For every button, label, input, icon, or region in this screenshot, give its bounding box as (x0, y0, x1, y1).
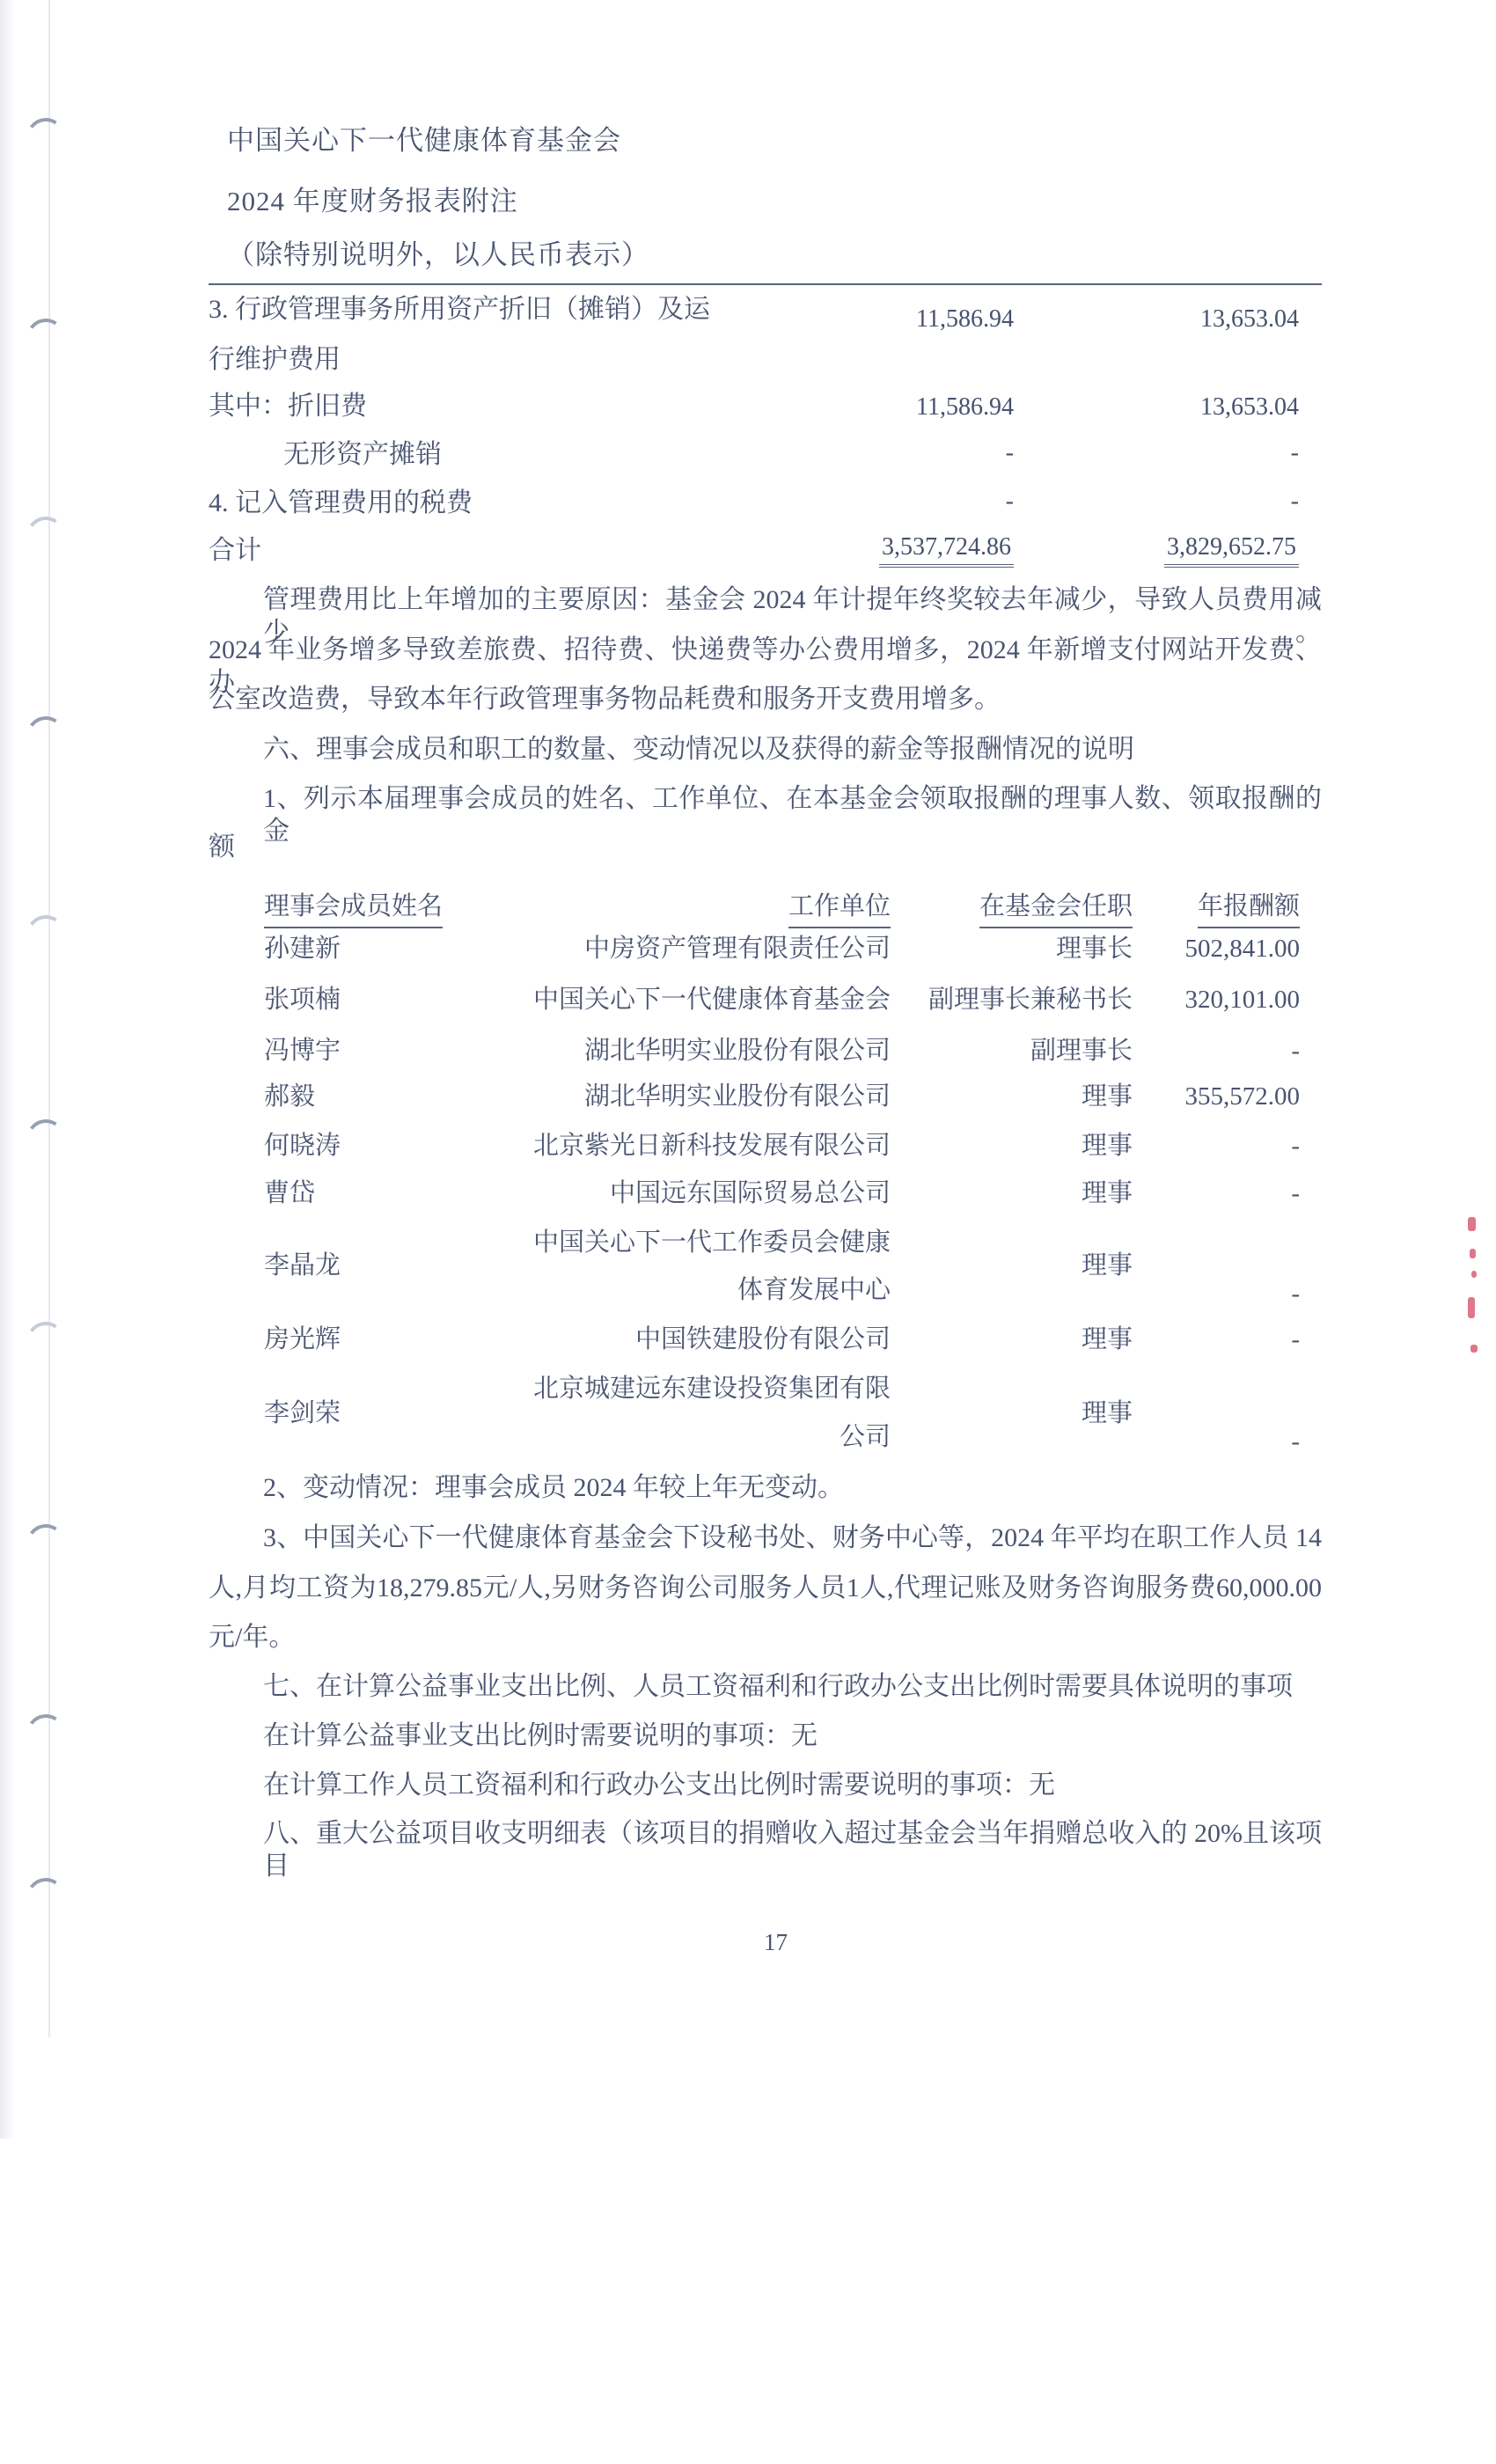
member-position: 副理事长 (891, 1035, 1133, 1067)
board-row: 孙建新 中房资产管理有限责任公司 理事长 502,841.00 (209, 933, 1300, 964)
member-name: 何晓涛 (209, 1130, 455, 1162)
org-name: 中国关心下一代健康体育基金会 (227, 125, 621, 157)
staff-note-line1: 3、中国关心下一代健康体育基金会下设秘书处、财务中心等，2024 年平均在职工作… (209, 1522, 1322, 1554)
member-position: 理事 (891, 1397, 1133, 1429)
reason-paragraph-line3: 公室改造费，导致本年行政管理事务物品耗费和服务开支费用增多。 (209, 683, 1322, 715)
member-unit-line2: 公司 (455, 1421, 891, 1453)
member-pay: 502,841.00 (1133, 933, 1300, 964)
punch-hole (24, 514, 69, 559)
expense-total-prior: 3,829,652.75 (1070, 532, 1299, 568)
section6-title: 六、理事会成员和职工的数量、变动情况以及获得的薪金等报酬情况的说明 (209, 733, 1322, 766)
currency-note: （除特别说明外，以人民币表示） (227, 239, 649, 271)
section8-title: 八、重大公益项目收支明细表（该项目的捐赠收入超过基金会当年捐赠总收入的 20%且… (209, 1817, 1322, 1882)
header-foundation-position: 在基金会任职 (891, 891, 1133, 928)
report-title: 2024 年度财务报表附注 (227, 186, 518, 217)
member-position: 理事 (891, 1250, 1133, 1281)
punch-hole (24, 1117, 69, 1162)
member-pay: - (1133, 1130, 1300, 1162)
red-edge-mark (1468, 1297, 1475, 1318)
expense-row2-label: 其中：折旧费 (209, 390, 367, 422)
member-unit: 中房资产管理有限责任公司 (455, 933, 891, 964)
expense-row2-current: 11,586.94 (785, 392, 1014, 422)
section7-title: 七、在计算公益事业支出比例、人员工资福利和行政办公支出比例时需要具体说明的事项 (209, 1670, 1322, 1703)
punch-hole (24, 714, 69, 759)
member-pay: 355,572.00 (1133, 1081, 1300, 1112)
divider-rule (209, 283, 1322, 285)
member-pay: - (1133, 1035, 1300, 1067)
change-note: 2、变动情况：理事会成员 2024 年较上年无变动。 (209, 1471, 1322, 1504)
expense-row1-label-line1: 3. 行政管理事务所用资产折旧（摊销）及运 (209, 293, 710, 326)
board-row: 房光辉 中国铁建股份有限公司 理事 - (209, 1324, 1300, 1355)
red-edge-mark (1471, 1271, 1477, 1278)
member-unit: 湖北华明实业股份有限公司 (455, 1035, 891, 1067)
member-unit: 中国关心下一代健康体育基金会 (455, 984, 891, 1016)
member-pay: - (1133, 1426, 1300, 1457)
section7-item2: 在计算工作人员工资福利和行政办公支出比例时需要说明的事项：无 (209, 1769, 1322, 1801)
expense-row4-label: 4. 记入管理费用的税费 (209, 487, 473, 519)
punch-hole (24, 115, 69, 160)
expense-row4-prior: - (1070, 487, 1299, 517)
board-row: 曹岱 中国远东国际贸易总公司 理事 - (209, 1177, 1300, 1209)
punch-hole (24, 316, 69, 361)
member-name: 郝毅 (209, 1081, 455, 1112)
expense-row1-current: 11,586.94 (785, 304, 1014, 334)
expense-total-label: 合计 (209, 534, 261, 567)
staff-note-line2: 人,月均工资为18,279.85元/人,另财务咨询公司服务人员1人,代理记账及财… (209, 1572, 1322, 1604)
expense-row2-prior: 13,653.04 (1070, 392, 1299, 422)
expense-row1-prior: 13,653.04 (1070, 304, 1299, 334)
member-unit: 中国远东国际贸易总公司 (455, 1177, 891, 1209)
punch-hole (24, 913, 69, 957)
member-unit-line1: 中国关心下一代工作委员会健康 (455, 1227, 891, 1258)
member-unit: 中国铁建股份有限公司 (455, 1324, 891, 1355)
member-unit: 北京紫光日新科技发展有限公司 (455, 1130, 891, 1162)
member-position: 理事 (891, 1177, 1133, 1209)
page-number: 17 (764, 1929, 788, 1956)
member-pay: 320,101.00 (1133, 984, 1300, 1016)
expense-row3-current: - (785, 438, 1014, 468)
punch-hole (24, 1875, 69, 1920)
board-row: 张项楠 中国关心下一代健康体育基金会 副理事长兼秘书长 320,101.00 (209, 984, 1300, 1016)
document-page: 中国关心下一代健康体育基金会 2024 年度财务报表附注 （除特别说明外，以人民… (0, 0, 1496, 2464)
board-row: 冯博宇 湖北华明实业股份有限公司 副理事长 - (209, 1035, 1300, 1067)
member-position: 理事 (891, 1081, 1133, 1112)
staff-note-line3: 元/年。 (209, 1621, 1322, 1654)
member-pay: - (1133, 1324, 1300, 1355)
expense-total-current: 3,537,724.86 (785, 532, 1014, 568)
member-position: 理事 (891, 1130, 1133, 1162)
red-edge-mark (1470, 1345, 1478, 1353)
member-name: 李剑荣 (264, 1397, 341, 1429)
member-name: 曹岱 (209, 1177, 455, 1209)
member-name: 李晶龙 (264, 1250, 341, 1281)
member-name: 张项楠 (209, 984, 455, 1016)
expense-row3-label: 无形资产摊销 (283, 438, 442, 471)
member-pay: - (1133, 1278, 1300, 1309)
punch-hole (24, 1712, 69, 1756)
member-unit-line1: 北京城建远东建设投资集团有限 (455, 1373, 891, 1404)
section7-item1: 在计算公益事业支出比例时需要说明的事项：无 (209, 1720, 1322, 1752)
total-prior-value: 3,829,652.75 (1164, 532, 1299, 568)
board-table-header: 理事会成员姓名 工作单位 在基金会任职 年报酬额 (209, 891, 1300, 928)
member-position: 副理事长兼秘书长 (891, 984, 1133, 1016)
total-current-value: 3,537,724.86 (879, 532, 1014, 568)
header-work-unit: 工作单位 (455, 891, 891, 928)
member-position: 理事长 (891, 933, 1133, 964)
member-name: 房光辉 (209, 1324, 455, 1355)
board-row: 郝毅 湖北华明实业股份有限公司 理事 355,572.00 (209, 1081, 1300, 1112)
expense-row3-prior: - (1070, 438, 1299, 468)
member-unit: 湖北华明实业股份有限公司 (455, 1081, 891, 1112)
member-position: 理事 (891, 1324, 1133, 1355)
expense-row1-label-line2: 行维护费用 (209, 343, 341, 376)
member-pay: - (1133, 1177, 1300, 1209)
board-row: 何晓涛 北京紫光日新科技发展有限公司 理事 - (209, 1130, 1300, 1162)
header-member-name: 理事会成员姓名 (209, 891, 455, 928)
member-name: 冯博宇 (209, 1035, 455, 1067)
red-edge-mark (1470, 1249, 1476, 1258)
member-name: 孙建新 (209, 933, 455, 964)
item1-line2: 额 (209, 831, 1322, 863)
punch-hole (24, 1522, 69, 1566)
scan-edge-strip (0, 0, 14, 2138)
expense-row4-current: - (785, 487, 1014, 517)
member-unit-line2: 体育发展中心 (455, 1274, 891, 1306)
punch-hole (24, 1319, 69, 1364)
red-edge-mark (1468, 1217, 1476, 1231)
header-annual-pay: 年报酬额 (1133, 891, 1300, 928)
